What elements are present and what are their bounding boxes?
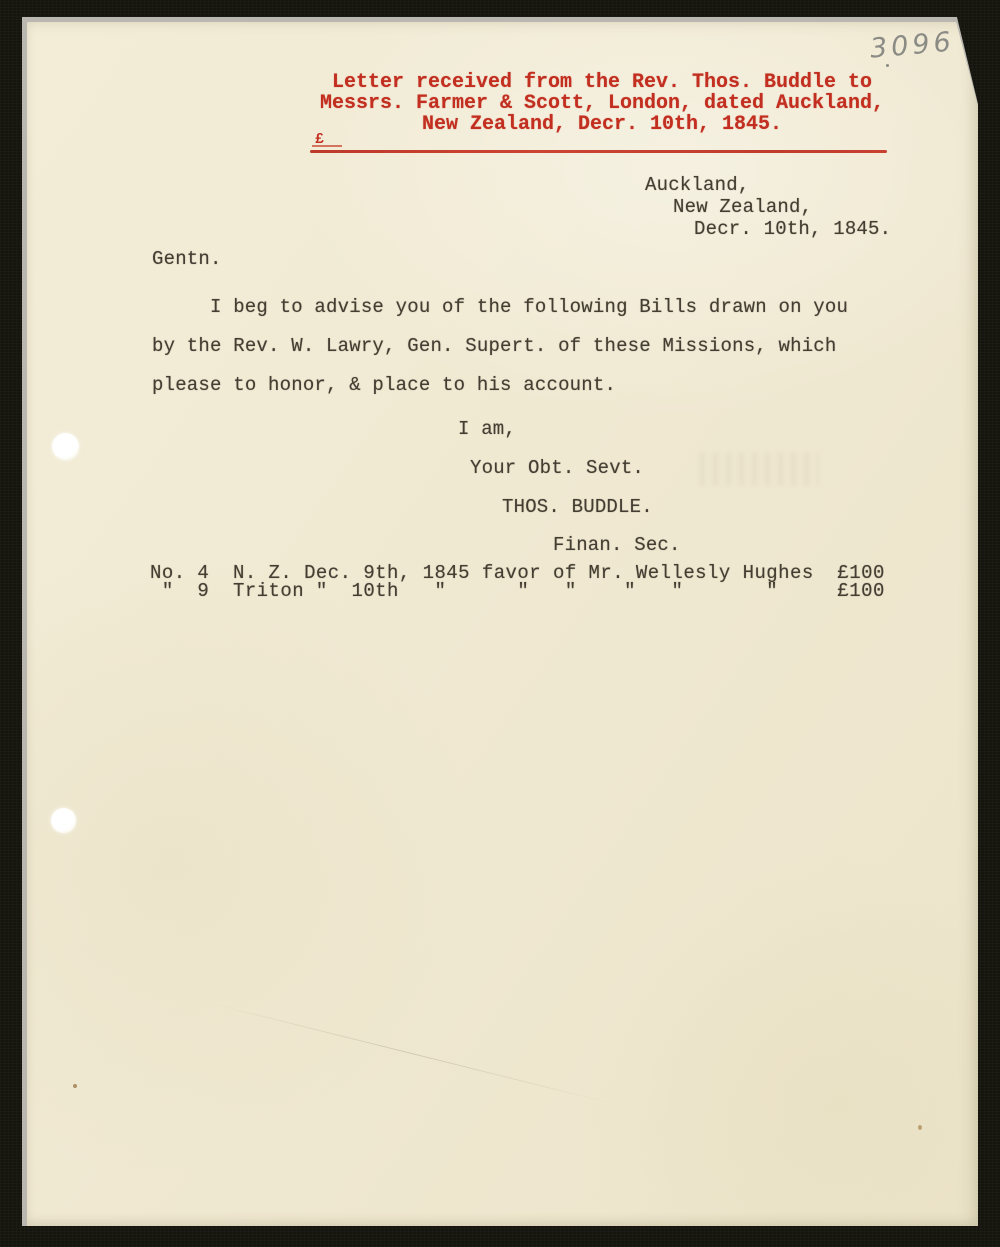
closing-block: I am, Your Obt. Sevt. THOS. BUDDLE. Fina… [458,410,681,565]
punch-hole-bottom [51,808,76,833]
body-line-2: by the Rev. W. Lawry, Gen. Supert. of th… [152,327,848,366]
signature-title: Finan. Sec. [458,526,681,565]
body-line-1: I beg to advise you of the following Bil… [152,288,848,327]
header-line-2: Messrs. Farmer & Scott, London, dated Au… [306,93,898,114]
pencil-dot [886,64,889,67]
paper-speck [73,1084,77,1088]
body-line-3: please to honor, & place to his account. [152,366,848,405]
scan-background: 3096 Letter received from the Rev. Thos.… [0,0,1000,1247]
dateline-city: Auckland, [645,174,891,196]
letter-description-header: Letter received from the Rev. Thos. Budd… [306,72,898,135]
ink-bleedthrough [699,452,819,486]
signature-name: THOS. BUDDLE. [458,488,681,527]
dateline: Auckland, New Zealand, Decr. 10th, 1845. [645,174,891,240]
header-line-1: Letter received from the Rev. Thos. Budd… [306,72,898,93]
paper-speck [918,1125,922,1130]
letter-paper: 3096 Letter received from the Rev. Thos.… [27,22,978,1226]
closing-line: Your Obt. Sevt. [458,449,681,488]
letter-body: I beg to advise you of the following Bil… [152,288,848,405]
bill-line-2: " 9 Triton " 10th " " " " " " £100 [150,582,885,600]
dateline-date: Decr. 10th, 1845. [645,218,891,240]
closing-line: I am, [458,410,681,449]
bill-list: No. 4 N. Z. Dec. 9th, 1845 favor of Mr. … [150,564,885,600]
salutation: Gentn. [152,248,222,270]
dateline-country: New Zealand, [645,196,891,218]
paper-crease [207,1002,615,1105]
header-rule [310,150,887,153]
punch-hole-top [52,433,79,460]
header-line-3: New Zealand, Decr. 10th, 1845. [306,114,898,135]
archive-number: 3096 [869,26,956,64]
